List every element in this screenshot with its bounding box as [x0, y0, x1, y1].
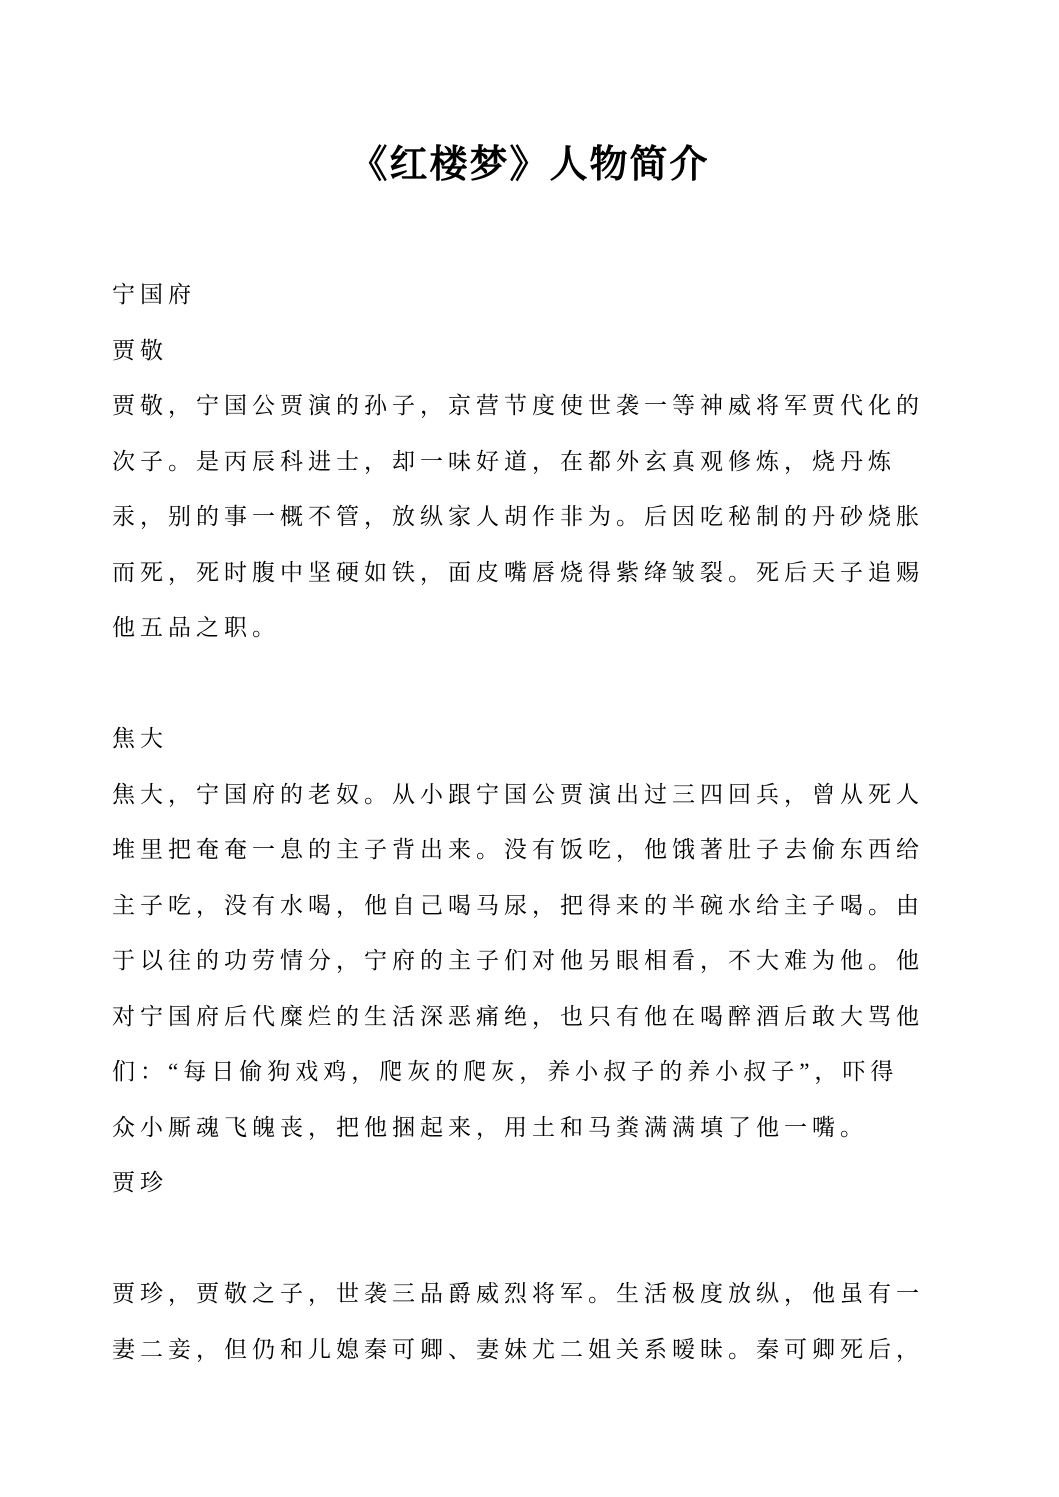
- document-page: 《红楼梦》人物简介 宁国府 贾敬 贾敬，宁国公贾演的孙子，京营节度使世袭一等神威…: [0, 0, 1059, 1497]
- paragraph-line: 众小厮魂飞魄丧，把他捆起来，用土和马粪满满填了他一嘴。: [112, 1100, 949, 1156]
- paragraph-line: 贾珍，贾敬之子，世袭三品爵威烈将军。生活极度放纵，他虽有一: [112, 1266, 949, 1322]
- document-body: 宁国府 贾敬 贾敬，宁国公贾演的孙子，京营节度使世袭一等神威将军贾代化的 次子。…: [112, 267, 949, 1377]
- paragraph-line: 对宁国府后代糜烂的生活深恶痛绝，也只有他在喝醉酒后敢大骂他: [112, 989, 949, 1045]
- paragraph-line: 汞，别的事一概不管，放纵家人胡作非为。后因吃秘制的丹砂烧胀: [112, 489, 949, 545]
- paragraph-line: 主子吃，没有水喝，他自己喝马尿，把得来的半碗水给主子喝。由: [112, 878, 949, 934]
- section-heading: 宁国府: [112, 267, 949, 323]
- section-heading: 焦大: [112, 711, 949, 767]
- section-heading: 贾敬: [112, 323, 949, 379]
- section-heading: 贾珍: [112, 1155, 949, 1211]
- paragraph-line: 他五品之职。: [112, 600, 949, 656]
- document-title: 《红楼梦》人物简介: [0, 141, 1059, 189]
- paragraph-line: 贾敬，宁国公贾演的孙子，京营节度使世袭一等神威将军贾代化的: [112, 378, 949, 434]
- paragraph-line: 于以往的功劳情分，宁府的主子们对他另眼相看，不大难为他。他: [112, 933, 949, 989]
- blank-line: [112, 1211, 949, 1267]
- paragraph-line: 堆里把奄奄一息的主子背出来。没有饭吃，他饿著肚子去偷东西给: [112, 822, 949, 878]
- paragraph-line: 次子。是丙辰科进士，却一味好道，在都外玄真观修炼，烧丹炼: [112, 434, 949, 490]
- paragraph-line: 们：“每日偷狗戏鸡，爬灰的爬灰，养小叔子的养小叔子”，吓得: [112, 1044, 949, 1100]
- blank-line: [112, 656, 949, 712]
- paragraph-line: 而死，死时腹中坚硬如铁，面皮嘴唇烧得紫绛皱裂。死后天子追赐: [112, 545, 949, 601]
- paragraph-line: 妻二妾，但仍和儿媳秦可卿、妻妹尤二姐关系暧昧。秦可卿死后，: [112, 1322, 949, 1378]
- paragraph-line: 焦大，宁国府的老奴。从小跟宁国公贾演出过三四回兵，曾从死人: [112, 767, 949, 823]
